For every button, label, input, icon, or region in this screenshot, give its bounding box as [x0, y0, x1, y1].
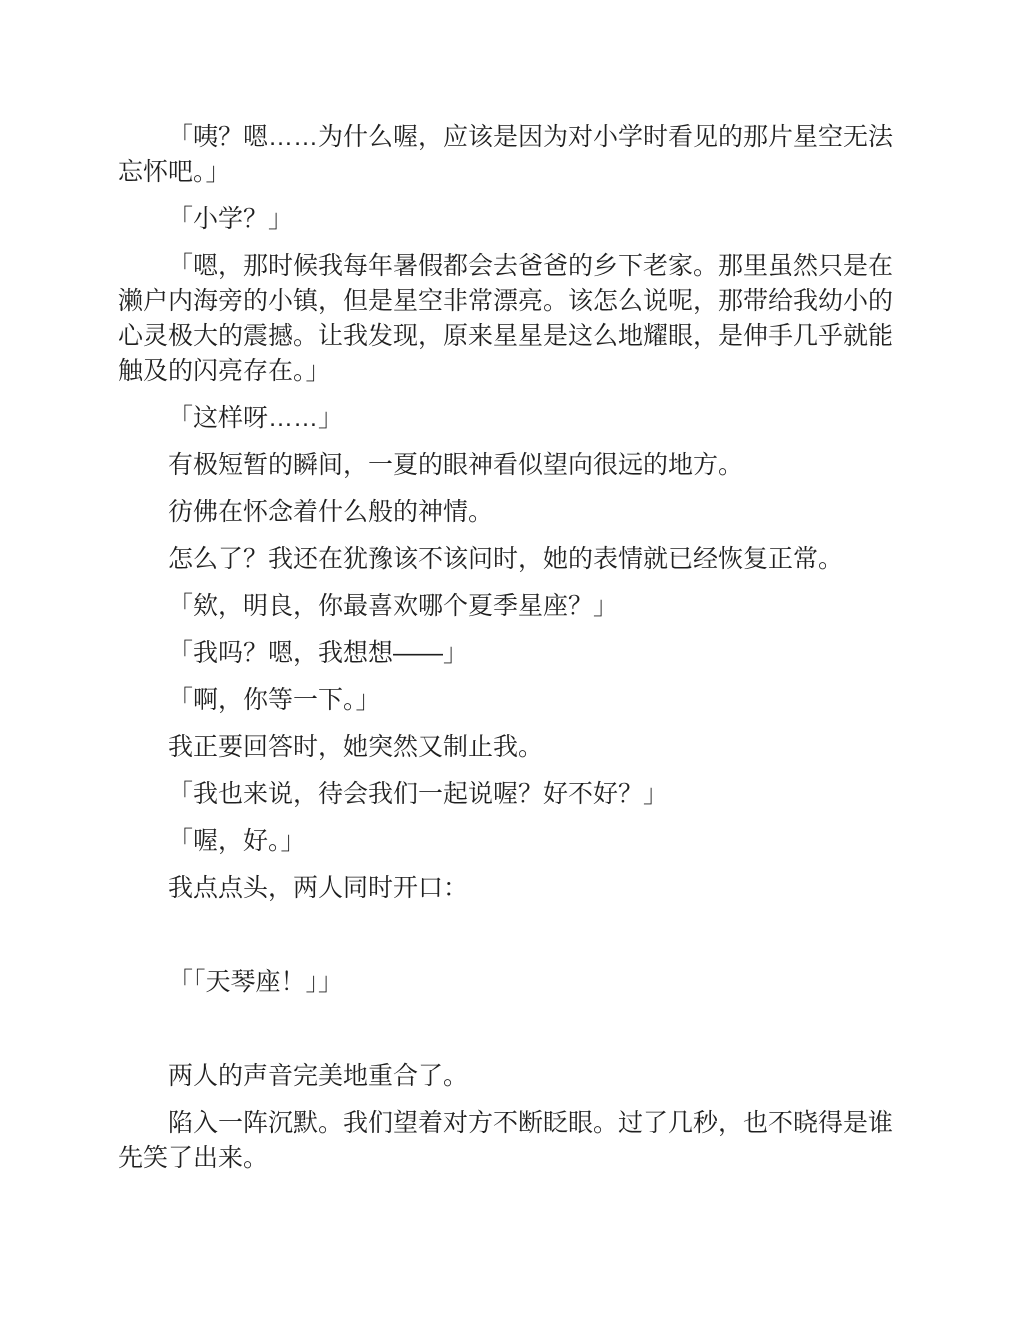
paragraph-dialogue: 「这样呀……」	[118, 401, 910, 436]
blank-line	[118, 1012, 910, 1047]
paragraph-dialogue: 「欸，明良，你最喜欢哪个夏季星座？」	[118, 589, 910, 624]
paragraph-narration: 陷入一阵沉默。我们望着对方不断眨眼。过了几秒，也不晓得是谁先笑了出来。	[118, 1106, 910, 1176]
paragraph-narration: 有极短暂的瞬间，一夏的眼神看似望向很远的地方。	[118, 448, 910, 483]
blank-line	[118, 918, 910, 953]
paragraph-dialogue: 「小学？」	[118, 202, 910, 237]
paragraph-dialogue: 「咦？嗯……为什么喔，应该是因为对小学时看见的那片星空无法忘怀吧。」	[118, 120, 910, 190]
paragraph-dialogue: 「喔，好。」	[118, 824, 910, 859]
paragraph-narration: 我正要回答时，她突然又制止我。	[118, 730, 910, 765]
paragraph-narration: 彷佛在怀念着什么般的神情。	[118, 495, 910, 530]
paragraph-dialogue: 「「天琴座！」」	[118, 965, 910, 1000]
page-body: 「咦？嗯……为什么喔，应该是因为对小学时看见的那片星空无法忘怀吧。」「小学？」「…	[118, 120, 910, 1188]
paragraph-dialogue: 「我吗？嗯，我想想——」	[118, 636, 910, 671]
paragraph-narration: 怎么了？我还在犹豫该不该问时，她的表情就已经恢复正常。	[118, 542, 910, 577]
paragraph-narration: 我点点头，两人同时开口：	[118, 871, 910, 906]
paragraph-dialogue: 「嗯，那时候我每年暑假都会去爸爸的乡下老家。那里虽然只是在濑户内海旁的小镇，但是…	[118, 249, 910, 389]
paragraph-dialogue: 「啊，你等一下。」	[118, 683, 910, 718]
paragraph-narration: 两人的声音完美地重合了。	[118, 1059, 910, 1094]
paragraph-dialogue: 「我也来说，待会我们一起说喔？好不好？」	[118, 777, 910, 812]
